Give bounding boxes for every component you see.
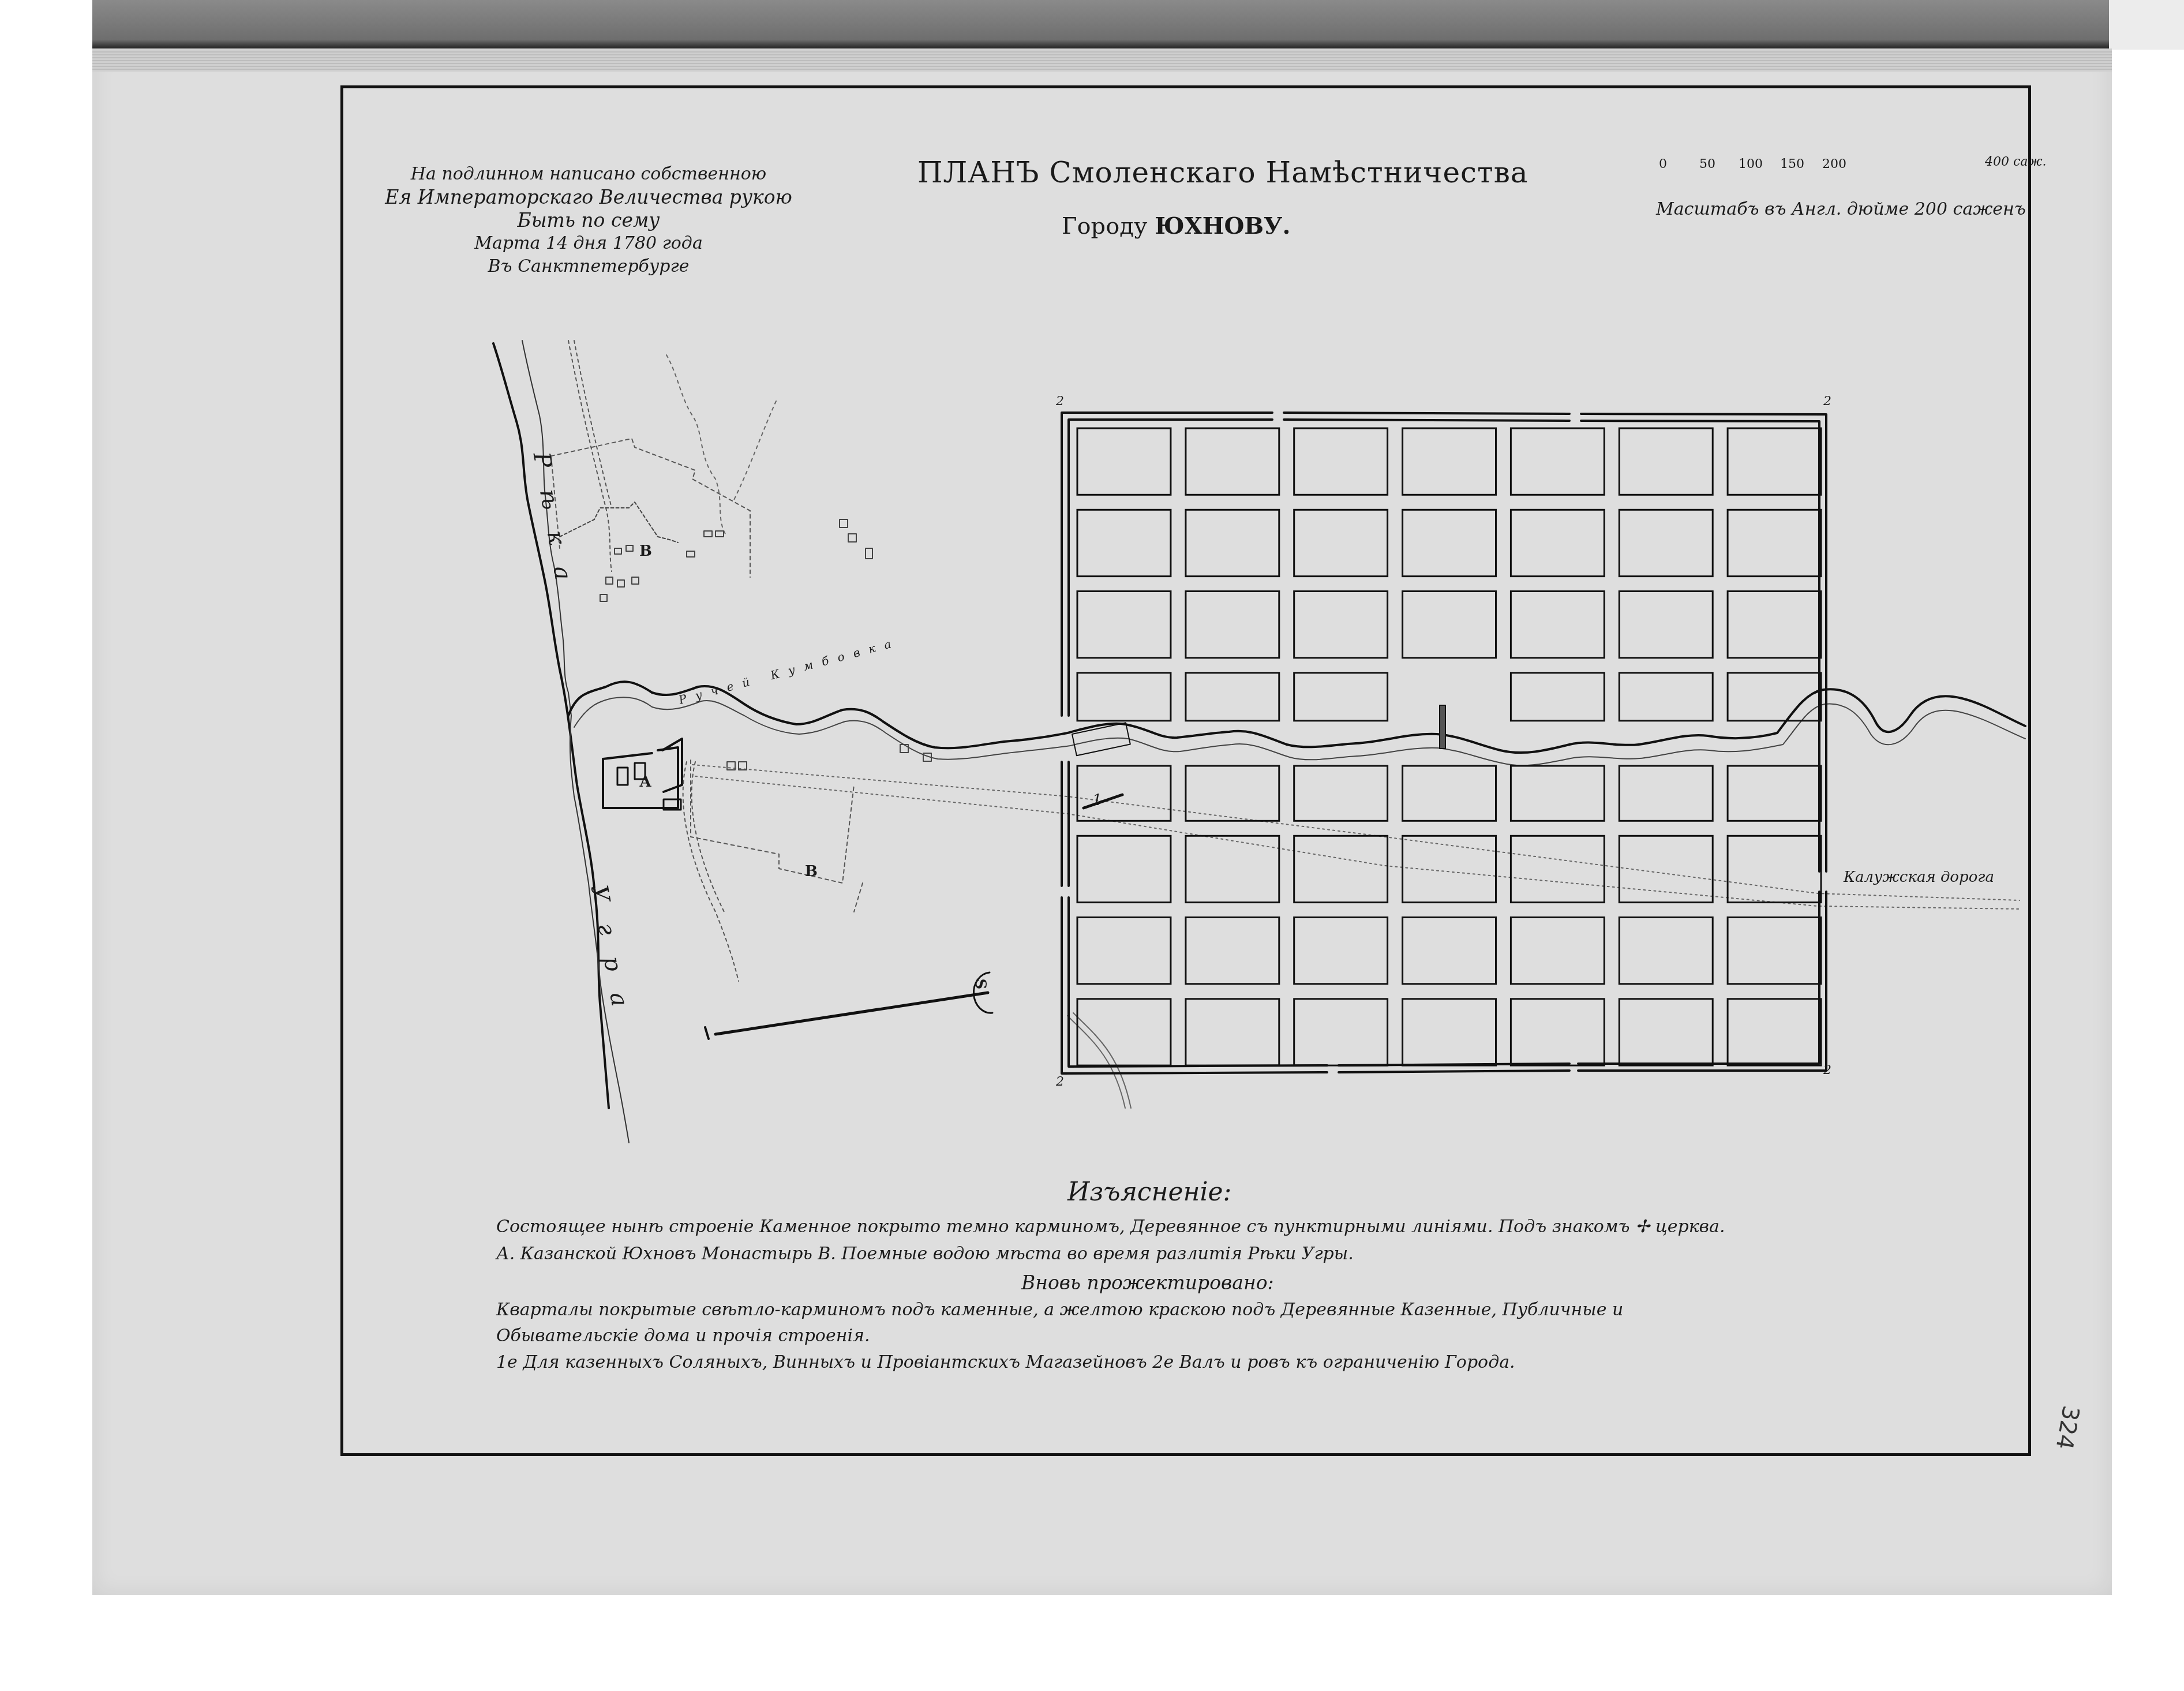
corner-mark-sw: 2 [1056, 1075, 1064, 1089]
city-block [1077, 766, 1171, 821]
city-block [1294, 836, 1388, 902]
city-block [1511, 428, 1604, 495]
city-block [1619, 428, 1713, 495]
city-block [1186, 592, 1279, 658]
city-block [1077, 510, 1171, 576]
city-block [1077, 999, 1171, 1065]
city-block [1511, 766, 1604, 821]
creek-south-bank [574, 697, 2025, 765]
bastion-1 [1084, 795, 1122, 808]
city-block [1403, 428, 1496, 495]
legend-line-2: А. Казанской Юхновъ Монастырь В. Поемные… [496, 1244, 1354, 1264]
city-block [1186, 999, 1279, 1065]
city-block [1186, 428, 1279, 495]
city-block [1403, 766, 1496, 821]
city-block [1619, 673, 1713, 721]
city-blocks [1077, 428, 1821, 1065]
city-block [1403, 999, 1496, 1065]
city-block [1728, 999, 1821, 1065]
city-block [1619, 918, 1713, 984]
marker-b-south: В [805, 863, 818, 880]
city-block [1619, 510, 1713, 576]
marker-a: А [639, 773, 651, 791]
legend-subheading: Вновь прожектировано: [1021, 1271, 1274, 1294]
road-south-dashed [683, 762, 739, 981]
corner-mark-nw: 2 [1056, 394, 1064, 409]
legend-line-4: Обывательскіе дома и прочія строенія. [496, 1326, 870, 1346]
city-block [1186, 918, 1279, 984]
boundary-north-dashed [666, 355, 776, 537]
city-block [1294, 673, 1388, 721]
road-north-dashed [568, 341, 612, 571]
city-block [1511, 999, 1604, 1065]
city-block [1294, 766, 1388, 821]
city-block [1619, 999, 1713, 1065]
city-block [1403, 918, 1496, 984]
city-block [1619, 766, 1713, 821]
city-block [1186, 510, 1279, 576]
legend-heading: Изъясненіе: [1067, 1177, 1231, 1207]
city-block [1728, 428, 1821, 495]
marker-b-north: В [639, 543, 652, 560]
bridge [1440, 705, 1445, 749]
city-block [1294, 428, 1388, 495]
city-block [1728, 510, 1821, 576]
corner-mark-se: 2 [1823, 1063, 1831, 1078]
city-block [1294, 999, 1388, 1065]
city-block [1294, 510, 1388, 576]
scan-stage: На подлинном написано собственною Ея Имп… [0, 0, 2184, 1691]
corner-mark-ne: 2 [1823, 394, 1831, 409]
city-block [1186, 673, 1279, 721]
city-block [1077, 836, 1171, 902]
city-block [1077, 673, 1171, 721]
city-block [1294, 918, 1388, 984]
city-block [1728, 918, 1821, 984]
marker-1: 1 [1092, 792, 1102, 809]
city-block [1511, 673, 1604, 721]
creek-north-bank [568, 682, 2025, 753]
legend-line-5: 1е Для казенныхъ Соляныхъ, Винныхъ и Про… [496, 1352, 1515, 1372]
kaluga-road-label: Калужская дорога [1844, 869, 1994, 886]
city-block [1186, 766, 1279, 821]
compass-south-label: S [972, 979, 989, 990]
city-block [1403, 510, 1496, 576]
city-block [1077, 918, 1171, 984]
compass-needle [705, 972, 992, 1039]
map-drawing [0, 0, 2184, 1691]
legend-line-3: Кварталы покрытые свѣтло-карминомъ подъ … [496, 1300, 1623, 1320]
city-block [1511, 592, 1604, 658]
city-block [1728, 766, 1821, 821]
city-block [1511, 918, 1604, 984]
city-block [1511, 510, 1604, 576]
flood-zone-south-outline [691, 760, 863, 912]
settlement-wall-dashed [560, 502, 678, 543]
city-block [1077, 428, 1171, 495]
city-block [1728, 592, 1821, 658]
city-block [1077, 592, 1171, 658]
legend-line-1: Состоящее нынѣ строеніе Каменное покрыто… [496, 1217, 1725, 1237]
city-block [1511, 836, 1604, 902]
city-block [1294, 592, 1388, 658]
city-block [1619, 592, 1713, 658]
city-block [1403, 592, 1496, 658]
city-block [1186, 836, 1279, 902]
